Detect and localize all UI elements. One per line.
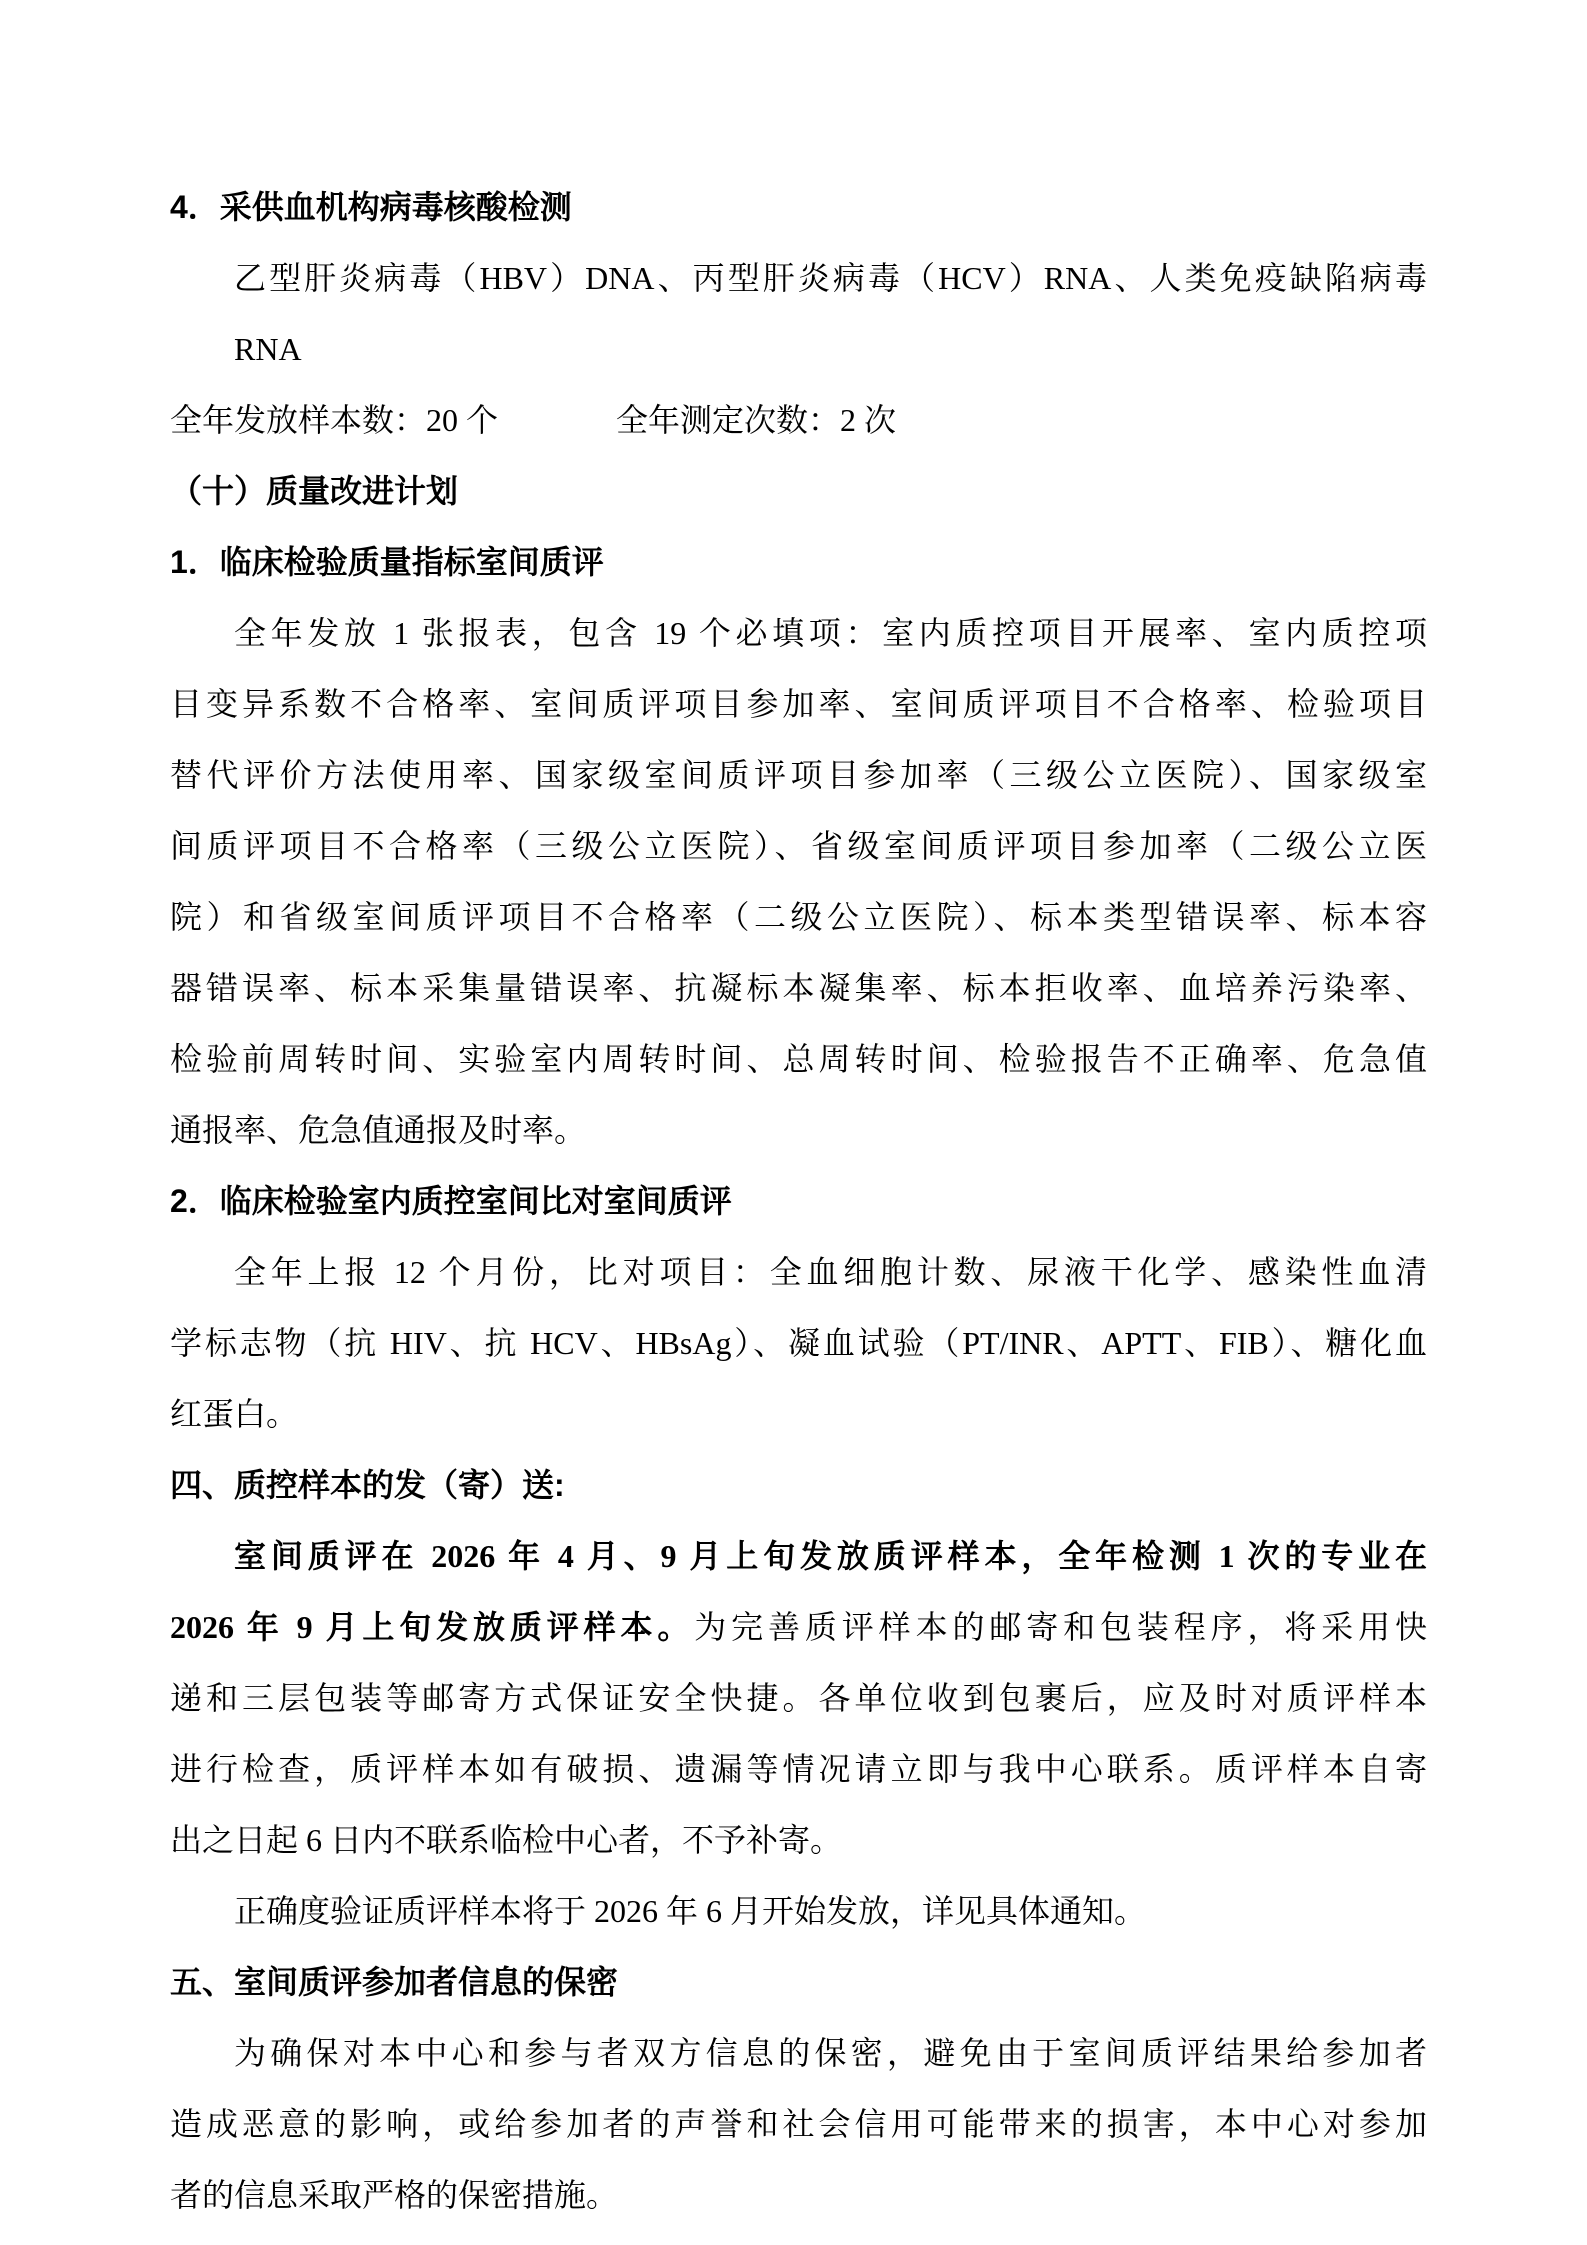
paragraph-line: 出之日起 6 日内不联系临检中心者，不予补寄。: [170, 1805, 1427, 1876]
heading-line: 四、质控样本的发（寄）送:: [170, 1450, 1427, 1521]
text-run: 检验前周转时间、实验室内周转时间、总周转时间、检验报告不正确率、危急值: [170, 1041, 1427, 1077]
paragraph-line: 乙型肝炎病毒（HBV）DNA、丙型肝炎病毒（HCV）RNA、人类免疫缺陷病毒（H…: [170, 243, 1427, 314]
text-run: 4．采供血机构病毒核酸检测: [170, 189, 572, 225]
text-run: 红蛋白。: [170, 1396, 298, 1432]
text-run: 1．临床检验质量指标室间质评: [170, 544, 604, 580]
paragraph-line: 进行检查，质评样本如有破损、遗漏等情况请立即与我中心联系。质评样本自寄: [170, 1734, 1427, 1805]
paragraph-line: 全年发放 1 张报表，包含 19 个必填项：室内质控项目开展率、室内质控项: [170, 598, 1427, 669]
paragraph-line: 院）和省级室间质评项目不合格率（二级公立医院）、标本类型错误率、标本容: [170, 882, 1427, 953]
text-run: 目变异系数不合格率、室间质评项目参加率、室间质评项目不合格率、检验项目: [170, 686, 1427, 722]
paragraph-line: 者的信息采取严格的保密措施。: [170, 2160, 1427, 2231]
text-run: 室间质评在 2026 年 4 月、9 月上旬发放质评样本，全年检测 1 次的专业…: [234, 1538, 1427, 1574]
paragraph-line: 红蛋白。: [170, 1379, 1427, 1450]
heading-line: 2．临床检验室内质控室间比对室间质评: [170, 1166, 1427, 1237]
text-run: 全年发放 1 张报表，包含 19 个必填项：室内质控项目开展率、室内质控项: [234, 615, 1427, 651]
paragraph-line: 2026 年 9 月上旬发放质评样本。为完善质评样本的邮寄和包装程序，将采用快: [170, 1592, 1427, 1663]
paragraph-line: 全年上报 12 个月份，比对项目：全血细胞计数、尿液干化学、感染性血清: [170, 1237, 1427, 1308]
text-run: 乙型肝炎病毒（HBV）DNA、丙型肝炎病毒（HCV）RNA、人类免疫缺陷病毒（H…: [234, 260, 1427, 314]
text-run: 器错误率、标本采集量错误率、抗凝标本凝集率、标本拒收率、血培养污染率、: [170, 970, 1427, 1006]
heading-line: 4．采供血机构病毒核酸检测: [170, 172, 1427, 243]
heading-line: 1．临床检验质量指标室间质评: [170, 527, 1427, 598]
text-run: 出之日起 6 日内不联系临检中心者，不予补寄。: [170, 1822, 842, 1858]
paragraph-line: 递和三层包装等邮寄方式保证安全快捷。各单位收到包裹后，应及时对质评样本: [170, 1663, 1427, 1734]
paragraph-line: 通报率、危急值通报及时率。: [170, 1095, 1427, 1166]
paragraph-line: 全年发放样本数：20 个全年测定次数：2 次: [170, 385, 1427, 456]
paragraph-line: 间质评项目不合格率（三级公立医院）、省级室间质评项目参加率（二级公立医: [170, 811, 1427, 882]
text-run: 全年测定次数：2 次: [616, 402, 896, 438]
text-run: 为确保对本中心和参与者双方信息的保密，避免由于室间质评结果给参加者: [234, 2035, 1427, 2071]
heading-line: 五、室间质评参加者信息的保密: [170, 1947, 1427, 2018]
text-run: 者的信息采取严格的保密措施。: [170, 2177, 618, 2213]
text-run: 院）和省级室间质评项目不合格率（二级公立医院）、标本类型错误率、标本容: [170, 899, 1427, 935]
text-run: 五、室间质评参加者信息的保密: [170, 1964, 618, 2000]
paragraph-line: RNA: [170, 314, 1427, 385]
paragraph-line: 室间质评在 2026 年 4 月、9 月上旬发放质评样本，全年检测 1 次的专业…: [170, 1521, 1427, 1592]
paragraph-line: 替代评价方法使用率、国家级室间质评项目参加率（三级公立医院）、国家级室: [170, 740, 1427, 811]
text-run: 造成恶意的影响，或给参加者的声誉和社会信用可能带来的损害，本中心对参加: [170, 2106, 1427, 2142]
text-run: 进行检查，质评样本如有破损、遗漏等情况请立即与我中心联系。质评样本自寄: [170, 1751, 1427, 1787]
text-run: 替代评价方法使用率、国家级室间质评项目参加率（三级公立医院）、国家级室: [170, 757, 1427, 793]
heading-line: （十）质量改进计划: [170, 456, 1427, 527]
text-run: 学标志物（抗 HIV、抗 HCV、HBsAg）、凝血试验（PT/INR、APTT…: [170, 1325, 1427, 1361]
text-run: 四、质控样本的发（寄）送:: [170, 1467, 565, 1503]
text-run: 正确度验证质评样本将于 2026 年 6 月开始发放，详见具体通知。: [234, 1893, 1146, 1929]
text-run: 间质评项目不合格率（三级公立医院）、省级室间质评项目参加率（二级公立医: [170, 828, 1427, 864]
paragraph-line: 为确保对本中心和参与者双方信息的保密，避免由于室间质评结果给参加者: [170, 2018, 1427, 2089]
text-run: 通报率、危急值通报及时率。: [170, 1112, 586, 1148]
text-run: 2026 年 9 月上旬发放质评样本。: [170, 1609, 694, 1645]
document-page: 4．采供血机构病毒核酸检测乙型肝炎病毒（HBV）DNA、丙型肝炎病毒（HCV）R…: [0, 0, 1587, 2245]
text-run: 全年发放样本数：20 个: [170, 402, 498, 438]
paragraph-line: 造成恶意的影响，或给参加者的声誉和社会信用可能带来的损害，本中心对参加: [170, 2089, 1427, 2160]
text-run: 递和三层包装等邮寄方式保证安全快捷。各单位收到包裹后，应及时对质评样本: [170, 1680, 1427, 1716]
text-run: （十）质量改进计划: [170, 473, 458, 509]
text-run: 2．临床检验室内质控室间比对室间质评: [170, 1183, 732, 1219]
text-run: RNA: [234, 331, 302, 367]
paragraph-line: 学标志物（抗 HIV、抗 HCV、HBsAg）、凝血试验（PT/INR、APTT…: [170, 1308, 1427, 1379]
paragraph-line: 正确度验证质评样本将于 2026 年 6 月开始发放，详见具体通知。: [170, 1876, 1427, 1947]
paragraph-line: 检验前周转时间、实验室内周转时间、总周转时间、检验报告不正确率、危急值: [170, 1024, 1427, 1095]
text-run: 为完善质评样本的邮寄和包装程序，将采用快: [694, 1609, 1427, 1645]
text-run: 全年上报 12 个月份，比对项目：全血细胞计数、尿液干化学、感染性血清: [234, 1254, 1427, 1290]
paragraph-line: 器错误率、标本采集量错误率、抗凝标本凝集率、标本拒收率、血培养污染率、: [170, 953, 1427, 1024]
paragraph-line: 目变异系数不合格率、室间质评项目参加率、室间质评项目不合格率、检验项目: [170, 669, 1427, 740]
